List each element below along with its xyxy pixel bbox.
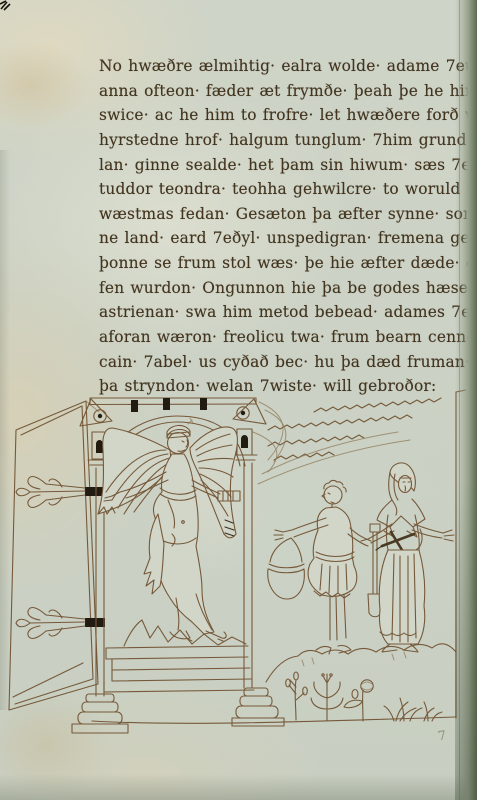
manuscript-text-line: fen wurdon· Ongunnon hie þa be godes hæs…	[99, 276, 449, 301]
manuscript-text-line: þa stryndon· welan 7wiste· will gebroðor…	[99, 374, 449, 399]
column-pedestal	[232, 688, 284, 726]
column-pedestal	[72, 694, 128, 733]
adam-tunic	[308, 507, 357, 596]
flower-plant-icon	[344, 680, 373, 721]
page-fore-edge	[455, 0, 477, 800]
manuscript-text-line: anna ofteon· fæder æt frymðe· þeah þe he…	[99, 79, 449, 104]
manuscript-text-line: astrienan· swa him metod bebead· adames …	[99, 300, 449, 325]
adam-head	[324, 486, 342, 504]
open-door-icon	[9, 401, 99, 710]
page-bottom-shadow	[0, 774, 477, 800]
rocky-threshold	[124, 620, 246, 646]
page-gutter-shadow	[0, 150, 10, 710]
ground-mound	[266, 644, 456, 682]
door-hinge-icon	[16, 477, 105, 508]
gate-right-column	[244, 463, 252, 688]
manuscript-text-line: aforan wæron· freolicu twa· frum bearn c…	[99, 325, 449, 350]
manuscript-text-line: hyrstedne hrof· halgum tunglum· 7him gru…	[99, 128, 449, 153]
manuscript-text-line: ne land· eard 7eðyl· unspedigran· fremen…	[99, 226, 449, 251]
manuscript-text-line: No hwæðre ælmihtig· ealra wolde· adame 7…	[99, 54, 449, 79]
eve-figure	[361, 463, 454, 652]
parchment-stain	[0, 40, 90, 130]
gate-steps	[104, 646, 254, 692]
expulsion-illustration	[0, 388, 477, 760]
berry-plant-icon	[286, 672, 308, 720]
plants	[286, 672, 442, 721]
manuscript-photo: No hwæðre ælmihtig· ealra wolde· adame 7…	[0, 0, 477, 800]
manuscript-text-line: tuddor teondra· teohha gehwilcre· to wor…	[99, 177, 449, 202]
manuscript-text-line: cain· 7abel· us cyðað bec· hu þa dæd fru…	[99, 350, 449, 375]
adam-figure	[268, 480, 371, 654]
manuscript-text-line: swice· ac he him to frofre· let hwæðere …	[99, 103, 449, 128]
corner-ink-mark	[0, 0, 22, 12]
grass-tuft-icon	[384, 698, 442, 721]
carrying-basket-icon	[268, 538, 305, 599]
manuscript-text-line: þonne se frum stol wæs· þe hie æfter dæd…	[99, 251, 449, 276]
curled-plant-icon	[311, 674, 343, 721]
manuscript-text-block: No hwæðre ælmihtig· ealra wolde· adame 7…	[99, 54, 449, 399]
manuscript-text-line: lan· ginne sealde· het þam sin hiwum· sæ…	[99, 153, 449, 178]
angel-figure	[98, 425, 240, 641]
eve-skirt	[379, 550, 424, 644]
folio-margin-mark: 7	[437, 728, 449, 744]
manuscript-text-line: wæstmas fedan· Gesæton þa æfter synne· s…	[99, 202, 449, 227]
